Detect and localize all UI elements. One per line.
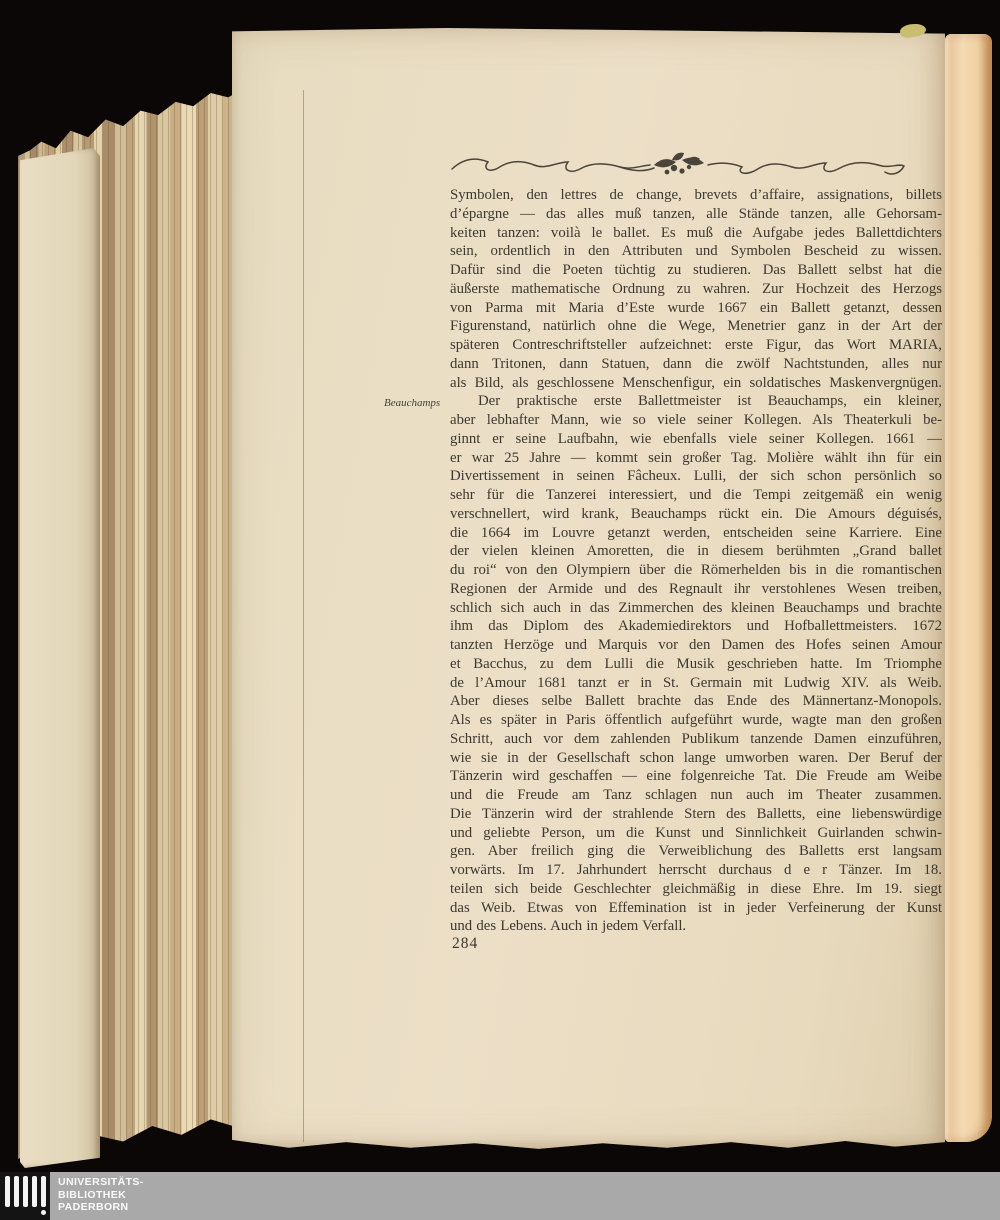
text-line: sein, ordentlich in den Attributen und S… — [450, 242, 942, 261]
text-line: verschnellert, wird krank, Beauchamps rü… — [450, 505, 942, 524]
text-line: aber lebhafter Mann, wie so viele seiner… — [450, 411, 942, 430]
book-scan: Beauchamps Symbolen, den lettres de chan… — [0, 0, 1000, 1220]
text-line: und die Freude am Tanz schlagen nun auch… — [450, 786, 942, 805]
text-line: und des Lebens. Auch in jedem Verfall. — [450, 917, 942, 936]
text-line: und geliebte Person, um die Kunst und Si… — [450, 824, 942, 843]
text-line: keiten tanzen: voilà le ballet. Es muß d… — [450, 224, 942, 243]
margin-note: Beauchamps — [384, 397, 444, 409]
library-name: UNIVERSITÄTS- BIBLIOTHEK PADERBORN — [58, 1176, 144, 1214]
library-footer-bar: UNIVERSITÄTS- BIBLIOTHEK PADERBORN — [0, 1172, 1000, 1220]
text-line: das Weib. Etwas von Effemination ist in … — [450, 899, 942, 918]
text-line: Dafür sind die Poeten tüchtig zu studier… — [450, 261, 942, 280]
text-line: Der praktische erste Ballettmeister ist … — [450, 392, 942, 411]
text-line: ihm das Diplom des Akademiedirektors und… — [450, 617, 942, 636]
text-line: teilen sich beide Geschlechter gleichmäß… — [450, 880, 942, 899]
book-cover-edge — [20, 148, 100, 1168]
text-line: schlich sich auch in das Zimmerchen des … — [450, 599, 942, 618]
text-line: sehr für die Tanzerei interessiert, und … — [450, 486, 942, 505]
text-line: wie sie in der Gesellschaft schon lange … — [450, 749, 942, 768]
text-block: Symbolen, den lettres de change, brevets… — [450, 186, 942, 936]
library-name-line: UNIVERSITÄTS- — [58, 1176, 144, 1189]
library-name-line: PADERBORN — [58, 1201, 144, 1214]
underlying-page-edge — [303, 90, 304, 1142]
text-line: Regionen der Armide und des Regnault ihr… — [450, 580, 942, 599]
text-line: er war 25 Jahre — kommt sein großer Tag.… — [450, 449, 942, 468]
text-line: ginnt er seine Laufbahn, wie ebenfalls v… — [450, 430, 942, 449]
text-line: gen. Aber freilich ging die Verweiblichu… — [450, 842, 942, 861]
text-line: Divertissement in seinen Fâcheux. Lulli,… — [450, 467, 942, 486]
text-line: Als es später in Paris öffentlich aufgef… — [450, 711, 942, 730]
text-line: Figurenstand, natürlich ohne die Wege, M… — [450, 317, 942, 336]
text-line: Tänzerin wird geschaffen — eine folgenre… — [450, 767, 942, 786]
library-logo — [0, 1172, 50, 1220]
text-line: de l’Amour 1681 tanzt er in St. Germain … — [450, 674, 942, 693]
text-line: Aber dieses selbe Ballett brachte das En… — [450, 692, 942, 711]
text-line: als Bild, als geschlossene Menschenfigur… — [450, 374, 942, 393]
text-line: dann Tritonen, dann Statuen, dann die zw… — [450, 355, 942, 374]
text-line: et Bacchus, zu dem Lulli die Musik gesch… — [450, 655, 942, 674]
page-number: 284 — [452, 935, 478, 953]
text-line: äußerste mathematische Ordnung zu wahren… — [450, 280, 942, 299]
text-line: du roi“ von den Olympiern über die Römer… — [450, 561, 942, 580]
library-name-line: BIBLIOTHEK — [58, 1189, 144, 1202]
floral-flourish-divider — [448, 150, 910, 182]
text-line: tanzten Herzöge und Marquis vor den Dame… — [450, 636, 942, 655]
text-line: von Parma mit Maria d’Este wurde 1667 ei… — [450, 299, 942, 318]
text-line: Symbolen, den lettres de change, brevets… — [450, 186, 942, 205]
text-line: d’épargne — das alles muß tanzen, alle S… — [450, 205, 942, 224]
text-line: die 1664 im Louvre getanzt werden, entsc… — [450, 524, 942, 543]
adjacent-page-edge — [945, 34, 992, 1142]
text-line: späteren Contreschriftsteller aufzeichne… — [450, 336, 942, 355]
text-line: Die Tänzerin wird der strahlende Stern d… — [450, 805, 942, 824]
text-line: der vielen kleinen Amoretten, die in die… — [450, 542, 942, 561]
text-line: Schritt, auch vor dem zahlenden Publikum… — [450, 730, 942, 749]
text-line: vorwärts. Im 17. Jahrhundert herrscht du… — [450, 861, 942, 880]
